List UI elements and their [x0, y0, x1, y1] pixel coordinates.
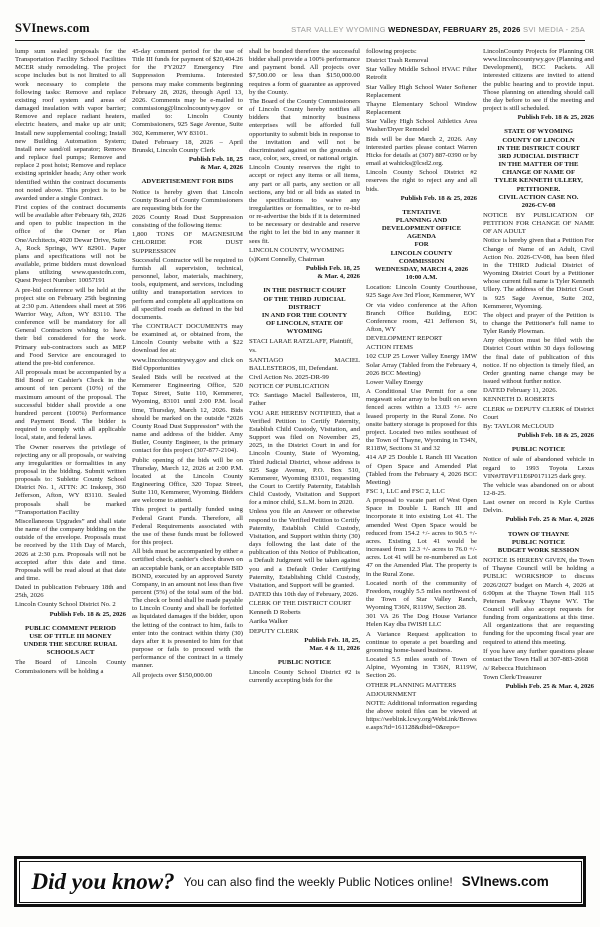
notice-paragraph: The object and prayer of the Petition is…	[483, 312, 594, 336]
notice-paragraph: If you have any further questions please…	[483, 648, 594, 664]
notice-paragraph: www.lincolncountrywy.gov and click on Bi…	[132, 357, 243, 373]
page-header: SVInews.com STAR VALLEY WYOMING WEDNESDA…	[0, 0, 600, 40]
notice-paragraph: Kenneth D Roberts	[249, 609, 360, 617]
notice-heading: TOWN OF THAYNE PUBLIC NOTICE BUDGET WORK…	[483, 531, 594, 555]
notice-paragraph: NOTE: Additional information regarding t…	[366, 700, 477, 733]
notice-paragraph: The vehicle was abandoned on or about 12…	[483, 482, 594, 498]
notice-paragraph: ACTION ITEMS	[366, 344, 477, 352]
notice-paragraph: All bids must be accompanied by either a…	[132, 548, 243, 670]
notice-paragraph: Or via video conference at the Afton Bra…	[366, 302, 477, 335]
publish-line: Publish Feb. 25 & Mar. 4, 2026	[483, 683, 594, 691]
notice-column-4: following projects:District Trash Remova…	[366, 48, 477, 841]
notice-paragraph: STACI LARAE RATZLAFF, Plaintiff,	[249, 338, 360, 346]
notice-paragraph: Lincoln County School District No. 2	[15, 601, 126, 609]
notice-paragraph: Sealed Bids will be received at the Kemm…	[132, 374, 243, 456]
footer-message: You can also find the weekly Public Noti…	[184, 875, 453, 889]
notice-paragraph: Star Valley Middle School HVAC Filter Re…	[366, 66, 477, 82]
notice-paragraph: The Board of the County Commissioners of…	[249, 98, 360, 163]
dateline: STAR VALLEY WYOMING WEDNESDAY, FEBRUARY …	[291, 25, 585, 34]
notice-paragraph: A pre-bid conference will be held at the…	[15, 287, 126, 369]
notice-heading: PUBLIC NOTICE	[483, 446, 594, 454]
notice-paragraph: lump sum sealed proposals for the Transp…	[15, 48, 126, 203]
notice-paragraph: Located north of the community of Freedo…	[366, 580, 477, 613]
notice-paragraph: TO: Santiago Maciel Ballesteros, III, Fa…	[249, 392, 360, 408]
notice-heading: TENTATIVE PLANNING AND DEVELOPMENT OFFIC…	[366, 209, 477, 282]
dateline-date: WEDNESDAY, FEBRUARY 25, 2026	[388, 25, 520, 34]
notice-heading: PUBLIC COMMENT PERIOD USE OF TITLE III M…	[15, 625, 126, 658]
newspaper-page: SVInews.com STAR VALLEY WYOMING WEDNESDA…	[0, 0, 600, 927]
notice-paragraph: Dated February 18, 2026 – April Brunski,…	[132, 139, 243, 155]
notice-paragraph: Star Valley High School Athletics Area W…	[366, 118, 477, 134]
notice-paragraph: ADJOURNMENT	[366, 691, 477, 699]
publish-line: Publish Feb. 18, 25, Mar. 4 & 11, 2026	[249, 637, 360, 653]
notice-paragraph: OTHER PLANNING MATTERS	[366, 682, 477, 690]
footer-banner-inner: Did you know? You can also find the week…	[19, 861, 582, 903]
notice-paragraph: 414 AP 25 Double L Ranch III Vacation of…	[366, 454, 477, 487]
notice-paragraph: Lower Valley Energy	[366, 379, 477, 387]
notice-paragraph: NOTICE IS HEREBY GIVEN, the Town of Thay…	[483, 557, 594, 647]
notice-paragraph: District Trash Removal	[366, 57, 477, 65]
notice-paragraph: Miscellaneous Upgrades” and shall state …	[15, 518, 126, 583]
notice-paragraph: KENNETH D. ROBERTS	[483, 396, 594, 404]
notice-paragraph: FSC 1, LLC and FSC 2, LLC	[366, 488, 477, 496]
notice-paragraph: LINCOLN COUNTY, WYOMING	[249, 247, 360, 255]
notice-column-1: lump sum sealed proposals for the Transp…	[15, 48, 126, 841]
publish-line: Publish Feb. 18 & 25, 2026	[483, 432, 594, 440]
notice-paragraph: The Owner reserves the privilege of reje…	[15, 444, 126, 517]
notice-paragraph: 2026 County Road Dust Suppression consis…	[132, 214, 243, 230]
notice-paragraph: LincolnCounty Projects for Planning OR w…	[483, 48, 594, 113]
publish-line: Publish Feb. 18, 25 & Mar. 4, 2026	[132, 156, 243, 172]
notice-paragraph: Public opening of the bids will be on Th…	[132, 457, 243, 506]
notice-paragraph: vs.	[249, 347, 360, 355]
notice-paragraph: This project is partially funded using F…	[132, 506, 243, 547]
notice-paragraph: Thayne Elementary School Window Replacem…	[366, 101, 477, 117]
notice-paragraph: CLERK OF THE DISTRICT COURT	[249, 600, 360, 608]
notice-paragraph: Bids will be due March 2, 2026. Any inte…	[366, 136, 477, 169]
notice-heading: STATE OF WYOMING COUNTY OF LINCOLN IN TH…	[483, 128, 594, 210]
notice-paragraph: Notice of sale of abandoned vehicle in r…	[483, 456, 594, 480]
footer-site-link[interactable]: SVInews.com	[462, 874, 549, 889]
notice-column-5: LincolnCounty Projects for Planning OR w…	[483, 48, 594, 841]
notice-paragraph: DATED this 10th day of February, 2026.	[249, 591, 360, 599]
publish-line: Publish Feb. 18 & 25, 2026	[366, 195, 477, 203]
notice-paragraph: The CONTRACT DOCUMENTS may be examined a…	[132, 323, 243, 356]
notice-paragraph: Located 5.5 miles south of Town of Alpin…	[366, 656, 477, 680]
notice-paragraph: 102 CUP 25 Lower Valley Energy 1MW Solar…	[366, 353, 477, 377]
publish-line: Publish Feb. 18, 25 & Mar. 4, 2026	[249, 265, 360, 281]
masthead-title: SVInews.com	[15, 21, 90, 36]
notice-paragraph: Any objection must be filed with the Dis…	[483, 337, 594, 386]
notice-paragraph: A Variance Request application to contin…	[366, 631, 477, 655]
notice-paragraph: Unless you file an Answer or otherwise r…	[249, 508, 360, 590]
notice-paragraph: shall be bonded therefore the successful…	[249, 48, 360, 97]
notice-paragraph: (s)Kent Connelly, Chairman	[249, 256, 360, 264]
notice-paragraph: A Conditional Use Permit for a one megaw…	[366, 388, 477, 453]
notice-paragraph: 45-day comment period for the use of Tit…	[132, 48, 243, 138]
footer-banner: Did you know? You can also find the week…	[14, 856, 586, 907]
notice-paragraph: Aarika Walker	[249, 618, 360, 626]
notice-paragraph: Lincoln County School District #2 reserv…	[366, 169, 477, 193]
notice-heading: IN THE DISTRICT COURT OF THE THIRD JUDIC…	[249, 287, 360, 336]
notice-paragraph: CLERK or DEPUTY CLERK of District Court	[483, 406, 594, 422]
notice-paragraph: Civil Action No. 2025-DR-99	[249, 374, 360, 382]
notice-paragraph: DEPUTY CLERK	[249, 628, 360, 636]
notice-paragraph: following projects:	[366, 48, 477, 56]
notice-heading: PUBLIC NOTICE	[249, 659, 360, 667]
notice-paragraph: Lincoln County reserves the right to acc…	[249, 164, 360, 246]
notice-paragraph: First copies of the contract documents w…	[15, 204, 126, 286]
notice-paragraph: Town Clerk/Treasurer	[483, 674, 594, 682]
notice-paragraph: SANTIAGO MACIEL BALLESTEROS, III, Defend…	[249, 357, 360, 373]
notice-paragraph: DATED February 11, 2026.	[483, 387, 594, 395]
notice-heading: ADVERTISEMENT FOR BIDS	[132, 178, 243, 186]
dateline-edition: SVI MEDIA - 25A	[521, 25, 585, 34]
notice-paragraph: 301 VA 26 The Dog House Variance Helen K…	[366, 613, 477, 629]
publish-line: Publish Feb. 18 & 25, 2026	[15, 611, 126, 619]
notice-paragraph: Notice is hereby given that Lincoln Coun…	[132, 189, 243, 213]
notice-column-2: 45-day comment period for the use of Tit…	[132, 48, 243, 841]
publish-line: Publish Feb. 25 & Mar. 4, 2026	[483, 516, 594, 524]
notice-paragraph: A proposal to vacate part of West Open S…	[366, 497, 477, 579]
notices-columns: lump sum sealed proposals for the Transp…	[0, 41, 600, 841]
notice-paragraph: NOTICE BY PUBLICATION OF PETITION FOR CH…	[483, 212, 594, 236]
notice-paragraph: All proposals must be accompanied by a B…	[15, 369, 126, 442]
notice-paragraph: NOTICE OF PUBLICATION	[249, 383, 360, 391]
notice-paragraph: Last owner on record is Kyle Curtiss Del…	[483, 499, 594, 515]
footer-question: Did you know?	[32, 869, 175, 895]
publish-line: Publish Feb. 18 & 25, 2026	[483, 114, 594, 122]
dateline-location: STAR VALLEY WYOMING	[291, 25, 388, 34]
notice-paragraph: Notice is hereby given that a Petition F…	[483, 237, 594, 310]
notice-paragraph: DEVELOPMENT REPORT	[366, 335, 477, 343]
notice-paragraph: Successful Contractor will be required t…	[132, 257, 243, 322]
notice-paragraph: /s/ Rebecca Hutchinson	[483, 665, 594, 673]
notice-paragraph: The Board of Lincoln County Commissioner…	[15, 659, 126, 675]
notice-paragraph: By: TAYLOR McCLOUD	[483, 423, 594, 431]
notice-paragraph: All projects over $150,000.00	[132, 672, 243, 680]
notice-paragraph: Dated in publication February 18th and 2…	[15, 584, 126, 600]
notice-paragraph: Location: Lincoln County Courthouse, 925…	[366, 284, 477, 300]
notice-paragraph: Lincoln County School District #2 is cur…	[249, 669, 360, 685]
notice-paragraph: Star Valley High School Water Softener R…	[366, 84, 477, 100]
notice-paragraph: 1,800 TONS OF MAGNESIUM CHLORIDE FOR DUS…	[132, 231, 243, 255]
notice-column-3: shall be bonded therefore the successful…	[249, 48, 360, 841]
notice-paragraph: YOU ARE HEREBY NOTIFIED, that a Verified…	[249, 410, 360, 508]
